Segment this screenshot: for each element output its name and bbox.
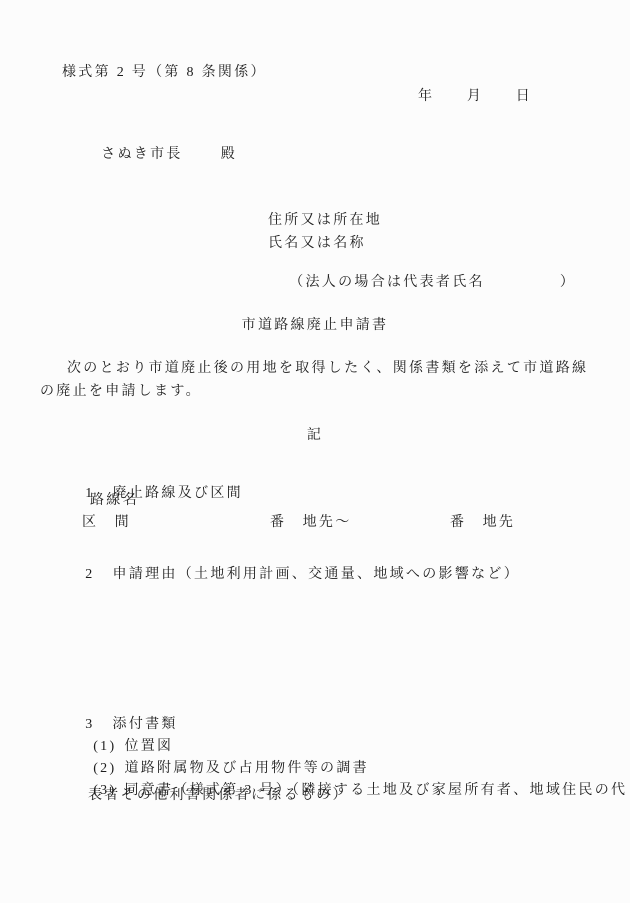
section-2-heading: 申請理由（土地利用計画、交通量、地域への影響など） xyxy=(113,567,521,582)
section-2-heading-row: 2申請理由（土地利用計画、交通量、地域への影響など） xyxy=(62,549,520,600)
body-line-2: の廃止を申請します。 xyxy=(40,383,202,400)
section-range-label: 区 間 xyxy=(82,514,131,531)
applicant-name-label: 氏名又は名称 xyxy=(268,235,366,252)
form-number: 様式第 2 号（第 8 条関係） xyxy=(62,64,267,81)
ki-marker: 記 xyxy=(0,427,630,444)
body-line-1: 次のとおり市道廃止後の用地を取得したく、関係書類を添えて市道路線 xyxy=(40,360,606,377)
representative-label: （法人の場合は代表者氏名 xyxy=(289,275,485,290)
addressee-honorific: 殿 xyxy=(221,147,237,162)
applicant-address-label: 住所又は所在地 xyxy=(268,212,382,229)
route-name-label: 路線名 xyxy=(90,492,139,509)
section-2-number: 2 xyxy=(85,567,94,582)
addressee-name: さぬき市長 xyxy=(101,147,183,162)
document-title: 市道路線廃止申請書 xyxy=(0,317,630,334)
lot-from-label: 番 地先～ xyxy=(270,514,352,531)
representative-close-paren: ） xyxy=(560,275,576,290)
attachment-item-3-continuation: 表者その他利害関係者に係るもの） xyxy=(88,787,349,804)
addressee-line: さぬき市長殿 xyxy=(78,129,237,180)
applicant-representative-line: （法人の場合は代表者氏名） xyxy=(266,257,576,308)
document-page: 様式第 2 号（第 8 条関係） 年 月 日 さぬき市長殿 住所又は所在地 氏名… xyxy=(0,0,630,903)
lot-to-label: 番 地先 xyxy=(450,514,515,531)
date-line: 年 月 日 xyxy=(418,88,532,105)
